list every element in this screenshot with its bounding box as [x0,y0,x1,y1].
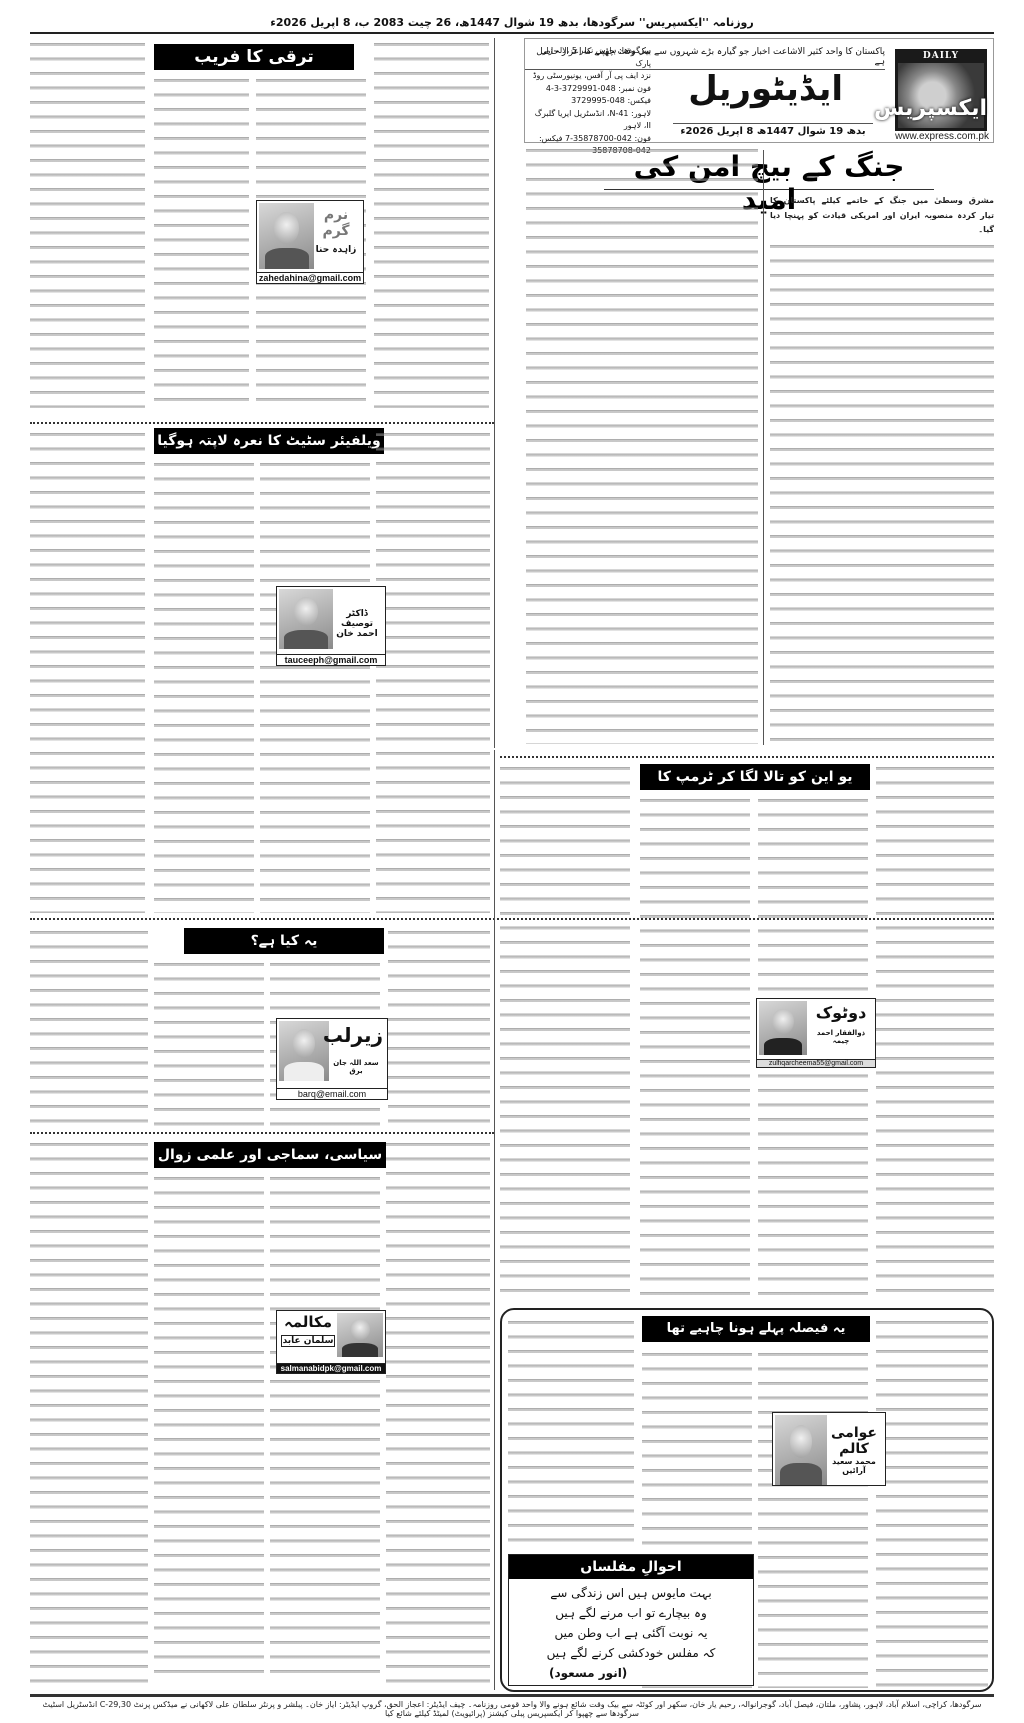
logo-english: DAILY EXPRESS [895,49,987,63]
article-column [30,428,145,913]
article-column [30,38,145,408]
column-tag: نرم گرم [313,207,359,239]
columnist-photo [775,1415,827,1485]
editorial-column-2 [526,144,758,744]
article-column [260,458,370,913]
office-address: سرگودھا: ہاؤس نمبر 5 ،لالہ زار پارک نزد … [531,45,651,158]
columnist-box-cheema: دوٹوک ذوالفقار احمد چیمہ zulfiqarcheema5… [756,998,876,1068]
author-name: محمد سعید آرائیں [827,1457,881,1475]
article-headline-faisla: یہ فیصلہ پہلے ہونا چاہیے تھا [642,1316,870,1342]
article-column [154,1172,264,1682]
columnist-photo [337,1313,383,1357]
author-email[interactable]: barq@email.com [277,1088,387,1099]
article-column [374,38,489,408]
article-headline-taraqqi: ترقی کا فریب [154,44,354,70]
website-link[interactable]: www.express.com.pk [895,131,989,142]
editorial-body [770,240,994,745]
imprint-footer: سرگودھا، کراچی، اسلام آباد، لاہور، پشاور… [30,1694,994,1718]
author-email[interactable]: tauceeph@gmail.com [277,654,385,665]
article-headline-welfare: ویلفیئر سٹیٹ کا نعرہ لاپتہ ہوگیا [154,428,384,454]
section-divider [30,422,494,424]
article-column [876,1316,988,1688]
columnist-box-arain: عوامی کالم محمد سعید آرائیں [772,1412,886,1486]
author-email[interactable]: zulfiqarcheema55@gmail.com [757,1059,875,1067]
columnist-photo [279,589,333,649]
article-column [154,958,264,1126]
address-line: نزد ایف پی آر آفس، یونیورسٹی روڈ [531,70,651,83]
article-headline-siyasi: سیاسی، سماجی اور علمی زوال کی کہانی [154,1142,386,1168]
author-email[interactable]: zahedahina@gmail.com [257,272,363,283]
column-tag: مکالمہ [281,1313,335,1331]
poem-line: یہ نوبت آگئی ہے اب وطن میں [509,1623,753,1643]
columnist-box-salman: مکالمہ سلمان عابد salmanabidpk@gmail.com [276,1310,386,1374]
newspaper-page: روزنامہ ''ایکسپریس'' سرگودھا، بدھ 19 شوا… [30,14,994,1714]
author-name: ذوالفقار احمد چیمہ [811,1029,871,1045]
address-line: فون نمبر: 048-3729991-3-4 فیکس: 048-3729… [531,83,651,108]
poem-title: احوالِ مفلساں [509,1555,753,1579]
columnist-photo [259,203,314,269]
section-divider [30,1132,494,1134]
author-name: سعد اللہ جان برق [329,1059,383,1075]
express-logo: DAILY EXPRESS ایکسپریس [895,49,987,131]
columnist-box-tauseef: ڈاکٹر توصیف احمد خان tauceeph@gmail.com [276,586,386,666]
article-headline-un: یو این کو تالا لگا کر ٹرمپ کا مواخذہ کری… [640,764,870,790]
article-column [30,1138,148,1683]
columnist-photo [759,1001,807,1055]
column-tag: زیرلب [329,1023,383,1047]
column-divider [763,150,764,745]
section-title: ایڈیٹوریل [688,69,843,109]
poem-box: احوالِ مفلساں بہت مایوس ہیں اس زندگی سے … [508,1554,754,1686]
article-column [386,1138,490,1683]
column-divider [494,38,495,748]
poem-line: وہ بیچارے تو اب مرنے لگے ہیں [509,1603,753,1623]
article-column [876,762,994,1297]
logo-urdu: ایکسپریس [895,96,987,121]
author-name: ڈاکٹر توصیف احمد خان [333,609,381,639]
editorial-lead: مشرق وسطیٰ میں جنگ کے خاتمے کیلئے پاکستا… [770,194,994,238]
article-column [500,762,630,1297]
article-headline-yeh-kya: یہ کیا ہے؟ [184,928,384,954]
poem-line: کہ مفلس خودکشی کرنے لگے ہیں [509,1643,753,1663]
columnist-box-barq: زیرلب سعد اللہ جان برق barq@email.com [276,1018,388,1100]
date-strip: روزنامہ ''ایکسپریس'' سرگودھا، بدھ 19 شوا… [30,14,994,34]
address-line: سرگودھا: ہاؤس نمبر 5 ،لالہ زار پارک [531,45,651,70]
columnist-box-zahida: نرم گرم زاہدہ حنا zahedahina@gmail.com [256,200,364,284]
article-column [758,1348,868,1688]
poem-line: بہت مایوس ہیں اس زندگی سے [509,1583,753,1603]
article-column [154,74,249,409]
article-column [640,794,750,1299]
article-column [154,458,254,913]
author-email[interactable]: salmanabidpk@gmail.com [277,1363,385,1373]
editorial-body [526,144,758,744]
columnist-photo [279,1021,329,1081]
poem-lines: بہت مایوس ہیں اس زندگی سے وہ بیچارے تو ا… [509,1579,753,1683]
article-column [376,428,490,913]
editorial-column-1: مشرق وسطیٰ میں جنگ کے خاتمے کیلئے پاکستا… [770,194,994,744]
article-column [388,926,490,1126]
article-column [508,1316,634,1546]
column-divider [494,750,495,1690]
article-column [30,926,148,1126]
poet-name: (انور مسعود) [509,1663,753,1683]
masthead-date: بدھ 19 شوال 1447ھ 8 اپریل 2026ء [673,123,873,137]
author-name: سلمان عابد [281,1335,335,1347]
column-tag: دوٹوک [811,1003,871,1022]
author-name: زاہدہ حنا [313,245,359,255]
address-line: لاہور: 41-N، انڈسٹریل ایریا گلبرگ II، لا… [531,108,651,133]
masthead: DAILY EXPRESS ایکسپریس www.express.com.p… [524,38,994,143]
section-divider [500,756,994,758]
column-tag: عوامی کالم [827,1425,881,1457]
article-column [270,1172,380,1682]
